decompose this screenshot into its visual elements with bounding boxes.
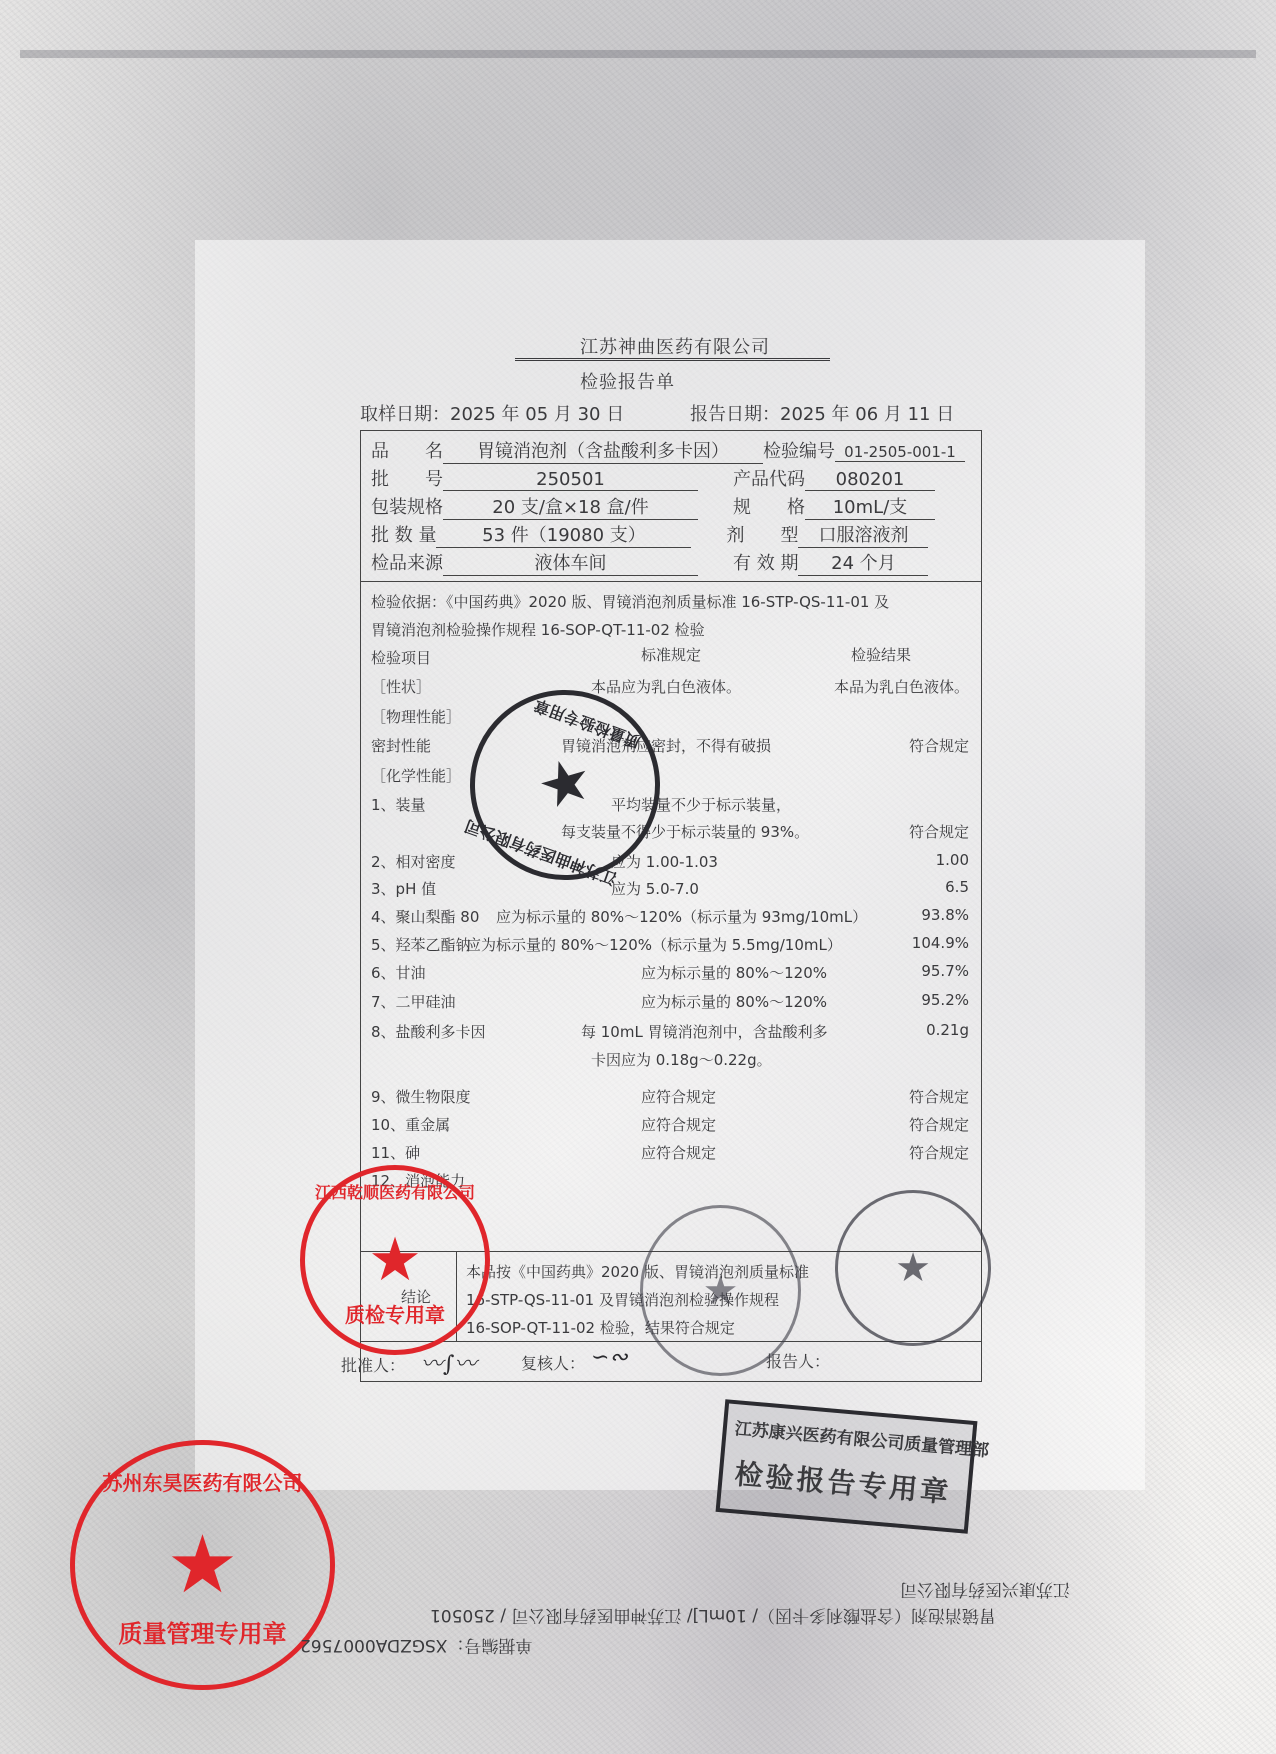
test-standard: 应符合规定	[641, 1086, 716, 1107]
test-standard: 卡因应为 0.18g～0.22g。	[591, 1049, 772, 1070]
test-item: 8、盐酸利多卡因	[371, 1021, 486, 1042]
test-no-label: 检验编号	[763, 441, 835, 462]
company-underline	[515, 358, 830, 361]
star-icon: ★	[368, 1230, 422, 1290]
test-result: 符合规定	[909, 735, 969, 756]
scan-edge	[20, 50, 1256, 58]
test-item: 9、微生物限度	[371, 1086, 471, 1107]
dosage-form-label: 剂 型	[726, 525, 798, 546]
source-value: 液体车间	[443, 549, 698, 576]
test-result: 1.00	[936, 851, 969, 869]
approver-label: 批准人：	[341, 1353, 405, 1376]
test-item: 6、甘油	[371, 962, 426, 983]
row-source: 检品来源液体车间有 效 期24 个月	[371, 549, 928, 576]
test-result: 符合规定	[909, 1142, 969, 1163]
validity-label: 有 效 期	[733, 553, 798, 574]
test-standard: 每 10mL 胃镜消泡剂中，含盐酸利多	[581, 1021, 828, 1042]
batch-no-label: 批 号	[371, 469, 443, 490]
test-result: 95.2%	[921, 991, 969, 1009]
document-title: 检验报告单	[580, 368, 675, 394]
company-name: 江苏神曲医药有限公司	[520, 333, 830, 359]
test-result: 6.5	[945, 878, 969, 896]
row-batch-no: 批 号250501产品代码080201	[371, 465, 935, 491]
col-result: 检验结果	[851, 644, 911, 665]
dosage-form-value: 口服溶液剂	[798, 521, 928, 548]
product-code-value: 080201	[805, 469, 935, 491]
test-item: ［化学性能］	[371, 765, 461, 786]
product-name-label: 品 名	[371, 441, 443, 462]
stamp-text: 质量管理专用章	[119, 1614, 287, 1649]
test-standard: 应为 5.0-7.0	[611, 878, 699, 899]
test-result: 本品为乳白色液体。	[834, 676, 969, 697]
star-icon: ★	[529, 748, 600, 823]
package-value: 20 支/盒×18 盒/件	[443, 493, 698, 520]
test-item: 10、重金属	[371, 1114, 450, 1135]
basis-line-1: 检验依据：《中国药典》2020 版、胃镜消泡剂质量标准 16-STP-QS-11…	[371, 591, 889, 612]
divider	[361, 581, 981, 582]
source-label: 检品来源	[371, 553, 443, 574]
sample-date: 2025 年 05 月 30 日	[450, 404, 624, 425]
test-standard: 应为标示量的 80%～120%（标示量为 5.5mg/10mL）	[466, 934, 842, 955]
test-result: 符合规定	[909, 1114, 969, 1135]
report-date: 2025 年 06 月 11 日	[780, 404, 954, 425]
test-item: 5、羟苯乙酯钠	[371, 934, 471, 955]
approver-signature: 〰∫〰	[421, 1347, 476, 1378]
test-result: 95.7%	[921, 962, 969, 980]
spec-value: 10mL/支	[805, 493, 935, 520]
test-result: 符合规定	[909, 821, 969, 842]
batch-no-value: 250501	[443, 469, 698, 491]
stamp-text: 检验报告专用章	[733, 1452, 953, 1511]
row-product-name: 品 名胃镜消泡剂（含盐酸利多卡因）检验编号01-2505-001-1	[371, 437, 965, 464]
test-standard: 应符合规定	[641, 1114, 716, 1135]
stamp-text: 江苏康兴医药有限公司质量管理部	[734, 1414, 990, 1461]
reviewer-label: 复核人：	[521, 1351, 585, 1374]
product-code-label: 产品代码	[733, 469, 805, 490]
test-result: 104.9%	[912, 934, 969, 952]
grey-round-stamp-2: ★	[835, 1190, 991, 1346]
grey-round-stamp-1: ★	[640, 1205, 801, 1376]
test-item: 11、砷	[371, 1142, 420, 1163]
stamp-text: 苏州东昊医药有限公司	[103, 1467, 303, 1496]
test-item: ［性状］	[371, 676, 431, 697]
test-item: 1、装量	[371, 794, 426, 815]
star-icon: ★	[703, 1271, 739, 1311]
col-standard: 标准规定	[641, 644, 701, 665]
spec-label: 规 格	[733, 497, 805, 518]
test-item: 4、聚山梨酯 80	[371, 906, 479, 927]
basis-line-2: 胃镜消泡剂检验操作规程 16-SOP-QT-11-02 检验	[371, 619, 705, 640]
package-label: 包装规格	[371, 497, 443, 518]
product-name-value: 胃镜消泡剂（含盐酸利多卡因）	[443, 437, 763, 464]
test-no-value: 01-2505-001-1	[835, 443, 965, 462]
test-item: ［物理性能］	[371, 706, 461, 727]
row-batch-qty: 批 数 量53 件（19080 支）剂 型口服溶液剂	[371, 521, 928, 548]
report-date-group: 报告日期：2025 年 06 月 11 日	[690, 400, 954, 426]
test-report-rect-stamp: 江苏康兴医药有限公司质量管理部 检验报告专用章	[716, 1399, 978, 1534]
red-quality-stamp: ★ 江西乾顺医药有限公司 质检专用章	[300, 1165, 490, 1355]
test-standard: 本品应为乳白色液体。	[591, 676, 741, 697]
stamp-text: 江西乾顺医药有限公司	[315, 1180, 475, 1203]
reversed-label-strip: 江苏康兴医药有限公司 胃镜消泡剂（含盐酸利多卡因）/ 10mL]/ 江苏神曲医药…	[300, 1585, 1220, 1665]
col-item: 检验项目	[371, 647, 431, 668]
row-package: 包装规格20 支/盒×18 盒/件规 格10mL/支	[371, 493, 935, 520]
batch-qty-label: 批 数 量	[371, 525, 436, 546]
reversed-text: 江苏康兴医药有限公司	[900, 1579, 1070, 1604]
red-qm-stamp: ★ 苏州东昊医药有限公司 质量管理专用章	[70, 1440, 335, 1690]
test-result: 93.8%	[921, 906, 969, 924]
reviewer-signature: ∽∾	[591, 1345, 628, 1370]
test-item: 密封性能	[371, 735, 431, 756]
test-standard: 应为标示量的 80%～120%	[641, 991, 827, 1012]
test-standard: 应为标示量的 80%～120%	[641, 962, 827, 983]
test-item: 7、二甲硅油	[371, 991, 456, 1012]
reversed-text: 单据编号：XSGZDA0007562	[300, 1635, 532, 1660]
report-date-label: 报告日期：	[690, 404, 780, 425]
stamp-text: 质检专用章	[345, 1299, 445, 1328]
test-item: 2、相对密度	[371, 851, 456, 872]
validity-value: 24 个月	[798, 549, 928, 576]
test-result: 0.21g	[926, 1021, 969, 1039]
test-standard: 应符合规定	[641, 1142, 716, 1163]
dates-row: 取样日期：2025 年 05 月 30 日 报告日期：2025 年 06 月 1…	[360, 400, 980, 426]
batch-qty-value: 53 件（19080 支）	[436, 521, 691, 548]
test-standard: 应为标示量的 80%～120%（标示量为 93mg/10mL）	[496, 906, 867, 927]
test-item: 3、pH 值	[371, 878, 436, 899]
sample-date-label: 取样日期：	[360, 404, 450, 425]
star-icon: ★	[895, 1248, 931, 1288]
test-result: 符合规定	[909, 1086, 969, 1107]
reversed-text: 胃镜消泡剂（含盐酸利多卡因）/ 10mL]/ 江苏神曲医药有限公司 / 2505…	[430, 1605, 996, 1630]
star-icon: ★	[167, 1525, 239, 1605]
